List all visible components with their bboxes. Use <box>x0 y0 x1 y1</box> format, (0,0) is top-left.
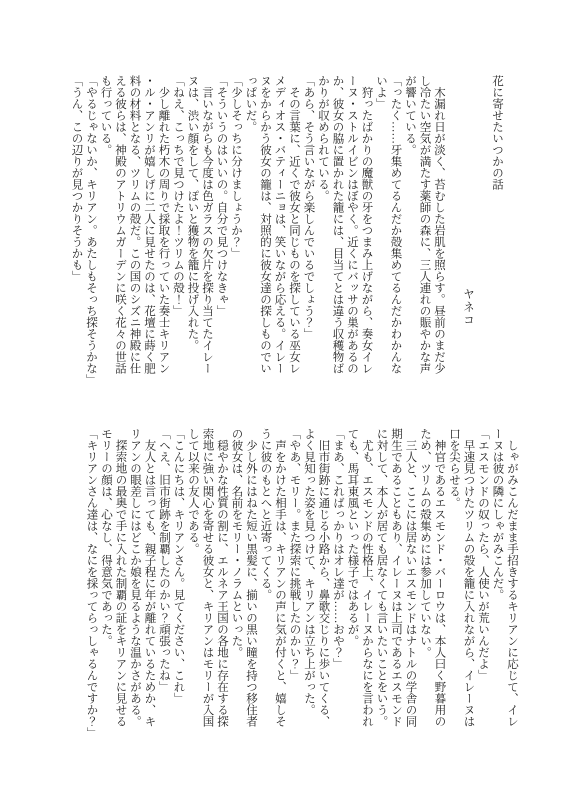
text-line: 「やあ、モリー。また探索に挑戦したのかい？」 <box>287 428 302 743</box>
text-line: 「エスモンドの奴ったら、人使いが荒いんだよ」 <box>476 428 491 743</box>
text-line: モリーの顔は、心なし、得意気であった。 <box>99 428 114 743</box>
text-line: 友人とは言っても、親子程に年が離れているためか、キ <box>142 428 157 743</box>
text-line: 期生であることもあり、イレーヌは上司であるエスモンド <box>389 428 404 743</box>
text-line: 索地に強い関心を寄せる彼女と、キリアンはモリーが入国 <box>200 428 215 743</box>
text-line: 木漏れ日が淡く、苔むした岩肌を照らす。昼前のまだ少 <box>432 75 447 390</box>
body-text-top: 木漏れ日が淡く、苔むした岩肌を照らす。昼前のまだ少し冷たい空気が満たす薬師の森に… <box>69 75 446 390</box>
text-line: 「うん、この辺りが見つかりそうかも」 <box>69 75 84 390</box>
text-line: 「ねえ、こっちで見つけたよ！ツリムの殻！」 <box>171 75 186 390</box>
text-line: 早速見つけたツリムの殻を籠に入れながら、イレーヌは <box>461 428 476 743</box>
text-line: 穏やかな性質の割に、エルネア王国の各地に存在する探 <box>215 428 230 743</box>
text-line: 口を尖らせる。 <box>447 428 462 743</box>
text-line: ヌをからかう彼女の籠は、対照的に彼女達の探しものでい <box>258 75 273 390</box>
text-line: ーヌは彼の隣にしゃがみこんだ。 <box>490 428 505 743</box>
text-line: 探索地の最奥で手に入れた制覇の証をキリアンに見せる <box>113 428 128 743</box>
text-line: メディオス・バティーニョは、笑いながら応える。イレー <box>272 75 287 390</box>
body-text-bottom: しゃがみこんだまま手招きするキリアンに応じて、イレーヌは彼の隣にしゃがみこんだ。… <box>84 428 519 743</box>
text-line: 「少しそっちに分けましょうか？」 <box>229 75 244 390</box>
text-line: ても、馬耳東風といった様子ではあるが。 <box>345 428 360 743</box>
text-line: その言葉に、近くで彼女と同じものを探している巫女レ <box>287 75 302 390</box>
text-line: 声をかけた相手は、キリアンの声に気が付くと、嬉しそ <box>273 428 288 743</box>
text-line: 三人と、ここには居ないエスモンドはナトルの学舎の同 <box>403 428 418 743</box>
text-line: 言いながらも今度は色ガラスの欠片を探り当てたイレー <box>200 75 215 390</box>
text-line: か、彼女の脇に置かれた籠には、目当てとは違う収穫物ば <box>330 75 345 390</box>
text-line: して以来の友人である。 <box>186 428 201 743</box>
text-line: える彼らは、神殿のアトリウムガーデンに咲く花々の世話 <box>113 75 128 390</box>
text-line: っぱいだ。 <box>243 75 258 390</box>
text-line: 尤も、エスモンドの性格上、イレーヌからなにを言われ <box>360 428 375 743</box>
story-title: 花に寄せたいつかの話 <box>490 75 505 390</box>
text-line: 「そういうのはいいの。自分で見つけなきゃ」 <box>214 75 229 390</box>
manuscript-page: 花に寄せたいつかの話 ヤネコ 木漏れ日が淡く、苔むした岩肌を照らす。昼前のまだ少… <box>0 0 574 800</box>
text-line: リアンの眼差しにはどこか娘を見るような温かさがある。 <box>128 428 143 743</box>
text-line: しゃがみこんだまま手招きするキリアンに応じて、イレ <box>505 428 520 743</box>
text-line: も行っている。 <box>98 75 113 390</box>
text-line: 料の材料となる、ツリムの殻だ。この国のシズニ神殿に仕 <box>127 75 142 390</box>
text-line: 旧市街跡に通じる小路から、鼻歌交じりに歩いてくる、 <box>316 428 331 743</box>
text-line: ため、ツリムの殻集めには参加していない。 <box>418 428 433 743</box>
text-line: うに彼のもとへと近寄ってくる。 <box>258 428 273 743</box>
text-band-top: 花に寄せたいつかの話 ヤネコ 木漏れ日が淡く、苔むした岩肌を照らす。昼前のまだ少… <box>69 75 504 390</box>
text-line: 少し外にはねた短い黒髪に、揃いの黒い瞳を持つ移住者 <box>244 428 259 743</box>
text-line: 「こんにちは、キリアンさん。見てください、これ」 <box>171 428 186 743</box>
text-line: ヌは、渋い顔をして、ぽいと獲物を籠に投げ入れた。 <box>185 75 200 390</box>
text-line: 「あら、そう言いながら楽しんでいるでしょう？」 <box>301 75 316 390</box>
text-line: 神官であるエスモンド・バーロウは、本人曰く野暮用の <box>432 428 447 743</box>
text-line: の彼女は、名前をモリー・ノラムといった。 <box>229 428 244 743</box>
text-band-bottom: しゃがみこんだまま手招きするキリアンに応じて、イレーヌは彼の隣にしゃがみこんだ。… <box>84 428 519 743</box>
text-line: ・ル・アンリが嬉しげに二人に見せたのは、花壇に蒔く肥 <box>142 75 157 390</box>
text-line: 「やるじゃないか、キリアン。あたしもそっち探そうかな」 <box>84 75 99 390</box>
text-line: よく見知った姿を見つけて、キリアンは立ち上がった。 <box>302 428 317 743</box>
text-line: ーヌ・ストルイビンはぼやく。近くにバッサの巣があるの <box>345 75 360 390</box>
text-line: 「キリアンさん達は、なにを採ってらっしゃるんですか？」 <box>84 428 99 743</box>
text-line: かりが収められている。 <box>316 75 331 390</box>
text-line: 「ったく……牙集めてるんだか殻集めてるんだかわかんな <box>388 75 403 390</box>
text-line: いよ」 <box>374 75 389 390</box>
text-line: 「へえ、旧市街跡を制覇したのかい？頑張ったね」 <box>157 428 172 743</box>
text-line: 狩ったばかりの魔獣の牙をつまみ上げながら、奏女イレ <box>359 75 374 390</box>
text-line: 少し離れた朽木の周りで採取を行っていた奏士キリアン <box>156 75 171 390</box>
text-line: 「まあ、こればっかりはオレ達が……おや？」 <box>331 428 346 743</box>
text-line: に対して、本人が居ても居なくても言いたいことをいう。 <box>374 428 389 743</box>
text-line: し冷たい空気が満たす薬師の森に、三人連れの賑やかな声 <box>417 75 432 390</box>
text-line: が響いている。 <box>403 75 418 390</box>
author-name: ヤネコ <box>461 75 476 390</box>
